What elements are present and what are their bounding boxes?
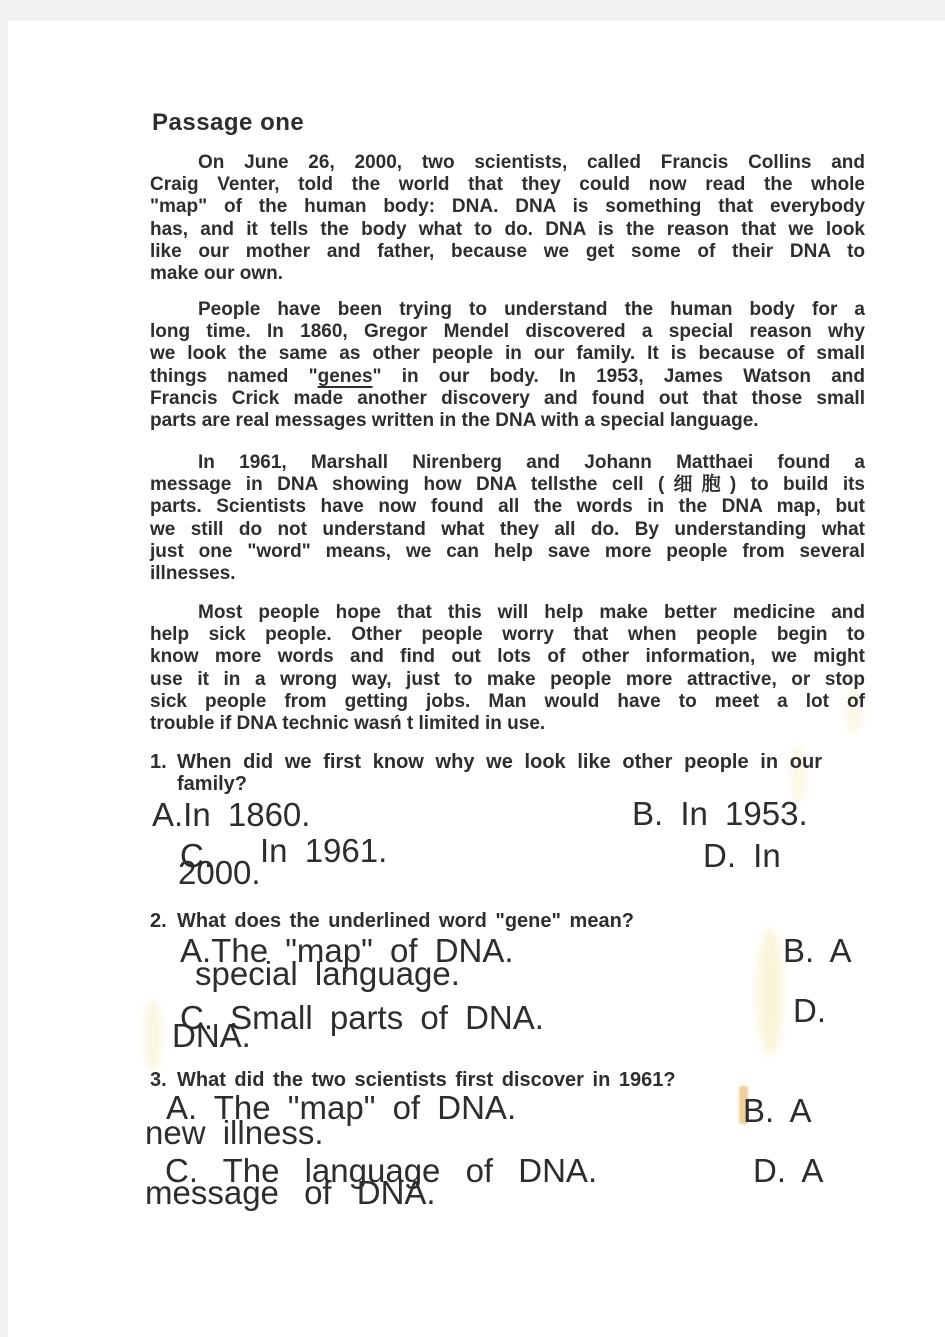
paragraph-4: Most people hope that this will help mak… — [150, 602, 865, 735]
passage-line: we still do not understand what they all… — [150, 519, 865, 541]
question-2-option-d: D. — [793, 994, 826, 1027]
question-2-text: What does the underlined word "gene" mea… — [177, 910, 822, 932]
question-1-option-d: D. In — [703, 839, 781, 872]
passage-line: parts are real messages written in the D… — [150, 410, 865, 432]
paragraph-2: People have been trying to understand th… — [150, 299, 865, 432]
question-3-option-b-continued: new illness. — [145, 1116, 324, 1149]
passage-line: illnesses. — [150, 563, 865, 585]
passage-line: Most people hope that this will help mak… — [150, 602, 865, 624]
question-2-option-b: B. A — [783, 934, 852, 967]
question-2-option-d-continued: DNA. — [172, 1019, 251, 1052]
passage-line: just one "word" means, we can help save … — [150, 541, 865, 563]
question-1-number: 1. — [150, 751, 177, 795]
passage-line: People have been trying to understand th… — [150, 299, 865, 321]
passage-line: things named "genes" in our body. In 195… — [150, 366, 865, 388]
passage-line: Craig Venter, told the world that they c… — [150, 174, 865, 196]
passage-line: trouble if DNA technic wasń t limited in… — [150, 713, 865, 735]
passage-text: " in our body. In 1953, James Watson and — [373, 366, 865, 387]
passage-line: like our mother and father, because we g… — [150, 241, 865, 263]
passage-line: long time. In 1860, Gregor Mendel discov… — [150, 321, 865, 343]
passage-line: "map" of the human body: DNA. DNA is som… — [150, 196, 865, 218]
underlined-word-genes: genes — [318, 366, 373, 387]
page-title: Passage one — [152, 109, 304, 137]
highlight-artifact — [144, 1000, 162, 1070]
passage-line: make our own. — [150, 263, 865, 285]
window-background: Passage one On June 26, 2000, two scient… — [0, 0, 945, 1337]
passage-line: has, and it tells the body what to do. D… — [150, 219, 865, 241]
passage-line: message in DNA showing how DNA tellsthe … — [150, 474, 865, 496]
question-line: When did we first know why we look like … — [177, 751, 822, 773]
question-2-option-b-continued: special language. — [195, 957, 460, 990]
question-1-option-a: A.In 1860. — [152, 798, 310, 831]
question-1-text: When did we first know why we look like … — [177, 751, 822, 795]
question-3-option-b: B. A — [743, 1094, 812, 1127]
paragraph-3: In 1961, Marshall Nirenberg and Johann M… — [150, 452, 865, 585]
question-3-number: 3. — [150, 1069, 177, 1091]
content-layer: Passage one On June 26, 2000, two scient… — [0, 0, 945, 1337]
question-3-option-d-continued: message of DNA. — [145, 1176, 436, 1209]
question-2-number: 2. — [150, 910, 177, 932]
passage-line: Francis Crick made another discovery and… — [150, 388, 865, 410]
paragraph-1: On June 26, 2000, two scientists, called… — [150, 152, 865, 285]
passage-line: use it in a wrong way, just to make peop… — [150, 669, 865, 691]
passage-line: parts. Scientists have now found all the… — [150, 496, 865, 518]
question-1-option-b: B. In 1953. — [632, 797, 808, 830]
passage-line: sick people from getting jobs. Man would… — [150, 691, 865, 713]
question-1-option-d-continued: 2000. — [178, 856, 261, 889]
passage-line: we look the same as other people in our … — [150, 343, 865, 365]
highlight-artifact — [757, 928, 783, 1056]
question-3-text: What did the two scientists first discov… — [177, 1069, 822, 1091]
question-line: family? — [177, 773, 822, 795]
question-3: 3. What did the two scientists first dis… — [150, 1069, 822, 1091]
passage-line: help sick people. Other people worry tha… — [150, 624, 865, 646]
question-2: 2. What does the underlined word "gene" … — [150, 910, 822, 932]
passage-line: On June 26, 2000, two scientists, called… — [150, 152, 865, 174]
question-3-option-d: D. A — [753, 1154, 823, 1187]
passage-text: things named " — [150, 366, 318, 387]
question-1: 1. When did we first know why we look li… — [150, 751, 822, 795]
question-1-option-c-text: In 1961. — [260, 834, 387, 867]
passage-line: know more words and find out lots of oth… — [150, 646, 865, 668]
passage-line: In 1961, Marshall Nirenberg and Johann M… — [150, 452, 865, 474]
